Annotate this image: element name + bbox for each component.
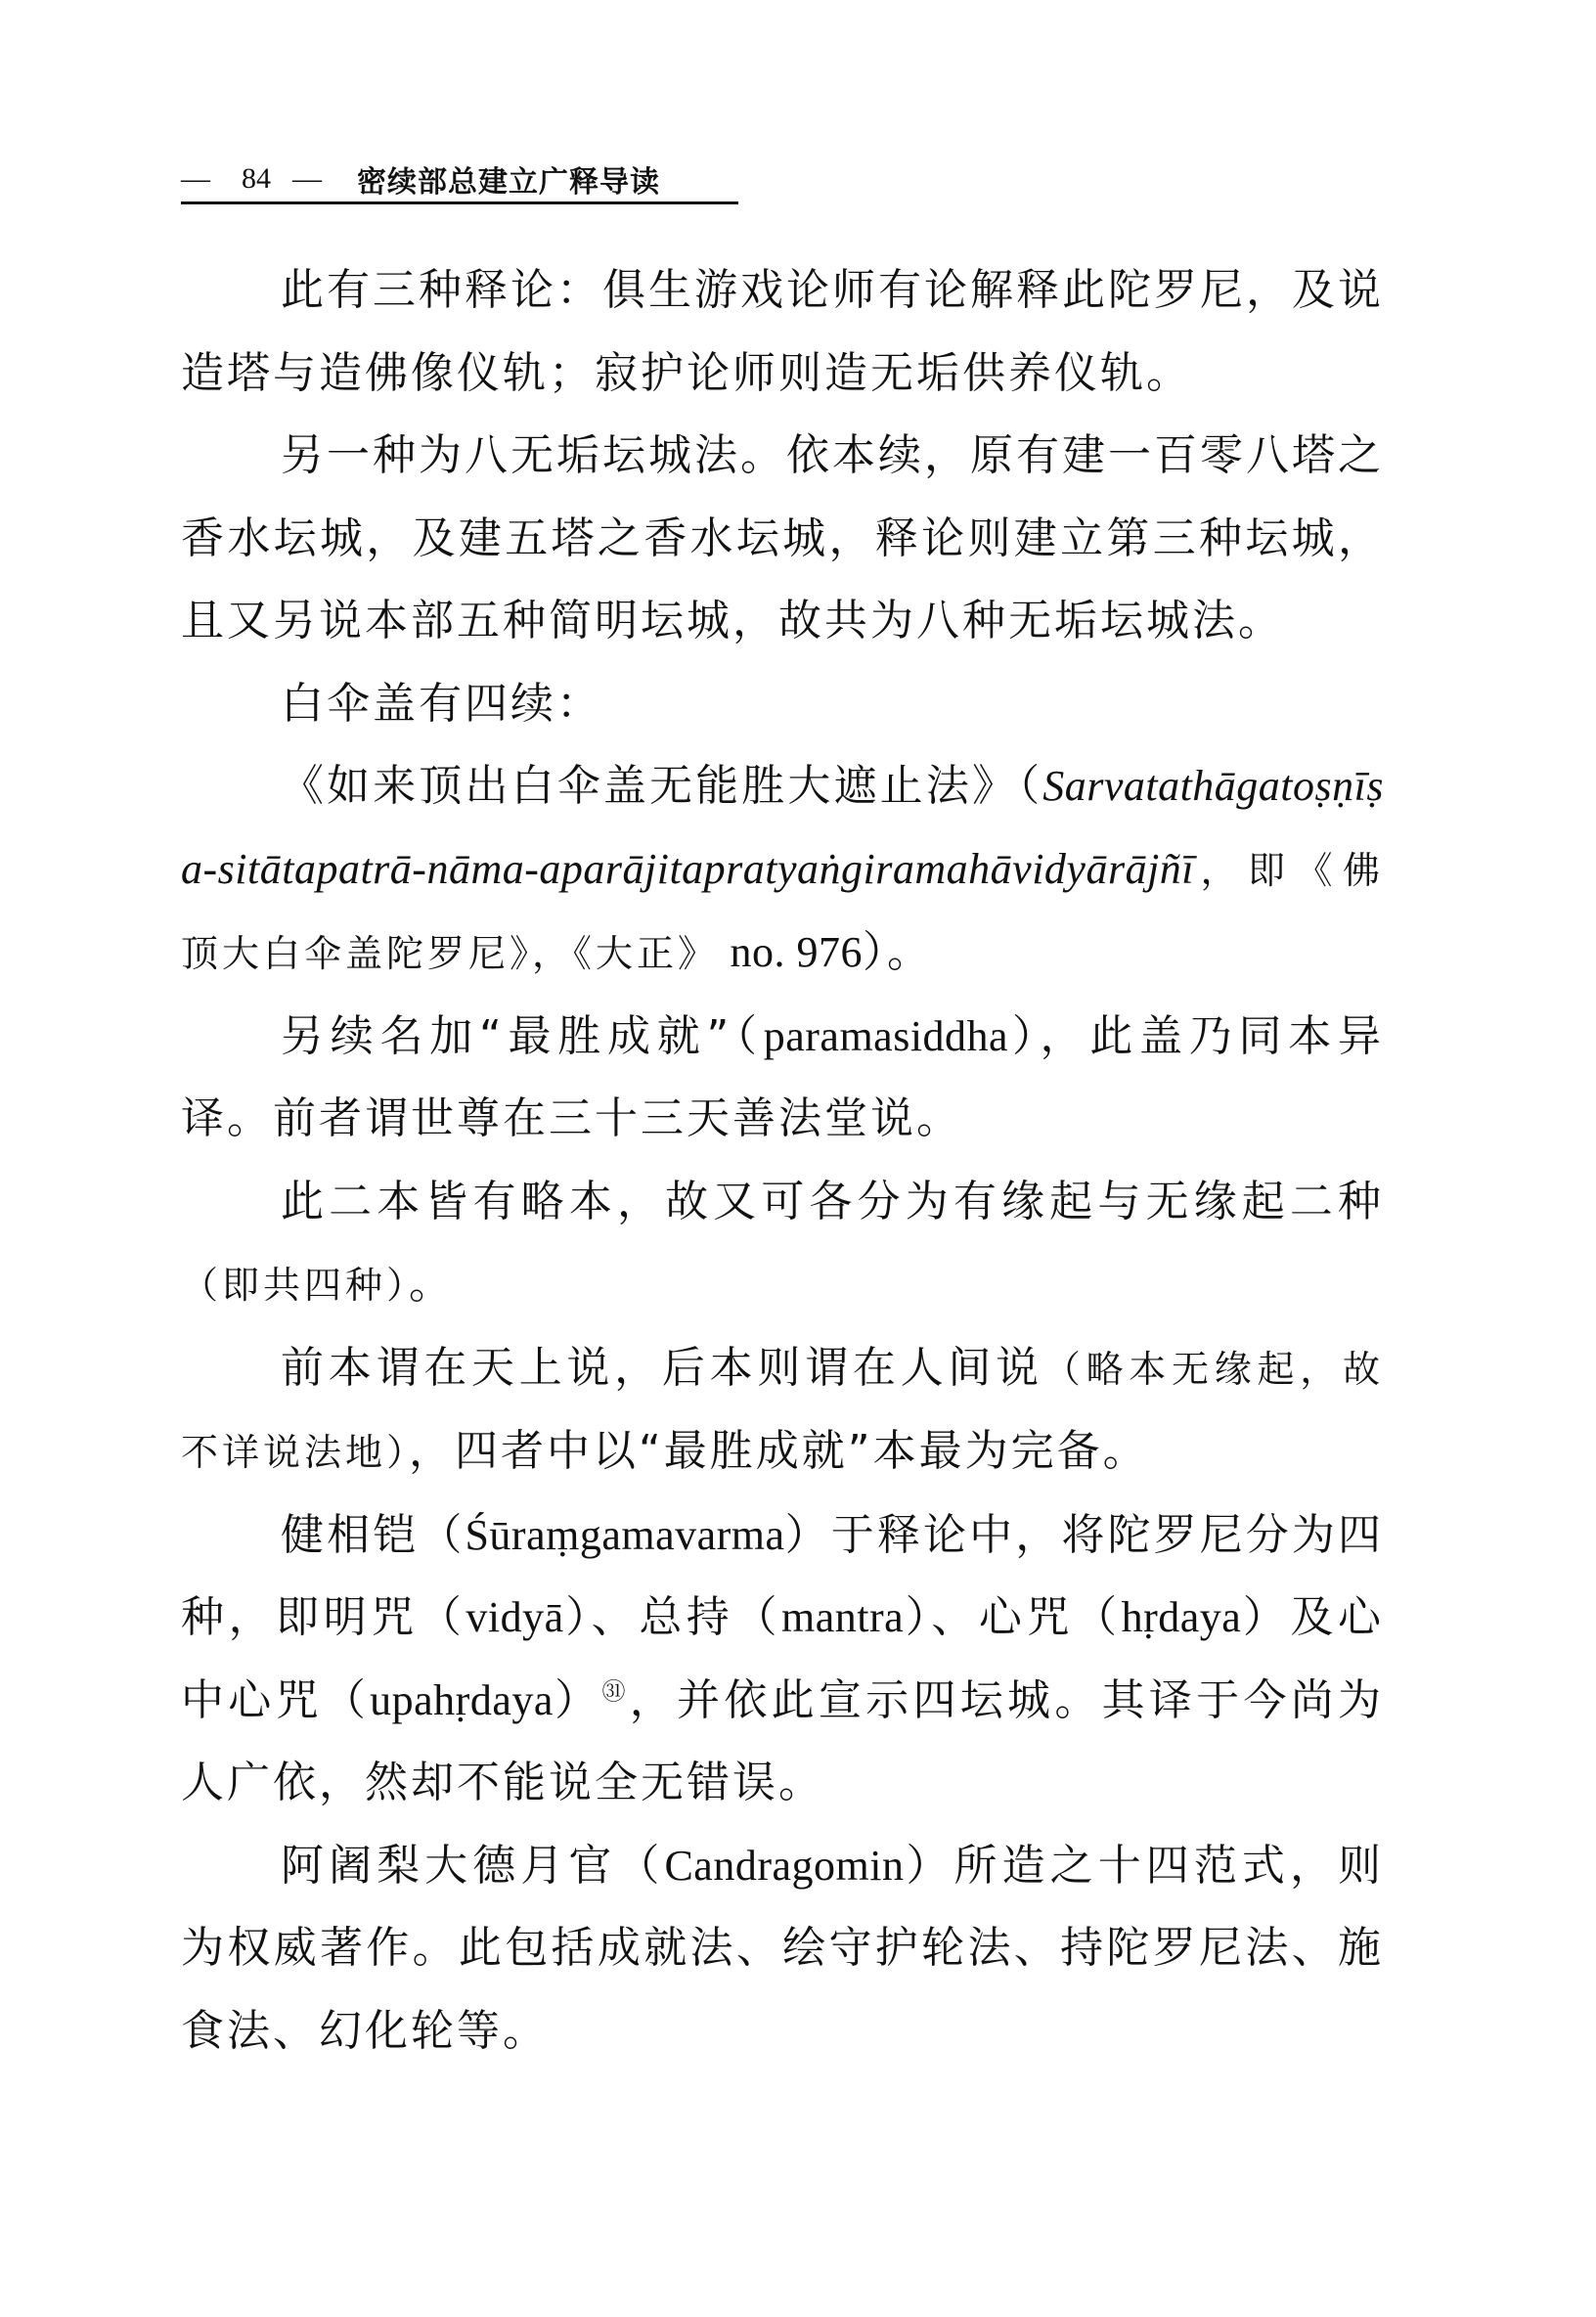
text-segment: 前本谓在天上说，后本则谓在人间说	[281, 1343, 1043, 1393]
paragraph-white-umbrella-heading: 白伞盖有四续：	[181, 663, 1384, 746]
text-segment: ）、总持（	[564, 1592, 781, 1642]
paragraph-paramasiddha: 另续名加“最胜成就”（paramasiddha），此盖乃同本异译。前者谓世尊在三…	[181, 996, 1384, 1161]
sanskrit-term: vidyā	[465, 1593, 563, 1641]
parenthetical-note: （即共四种）	[181, 1264, 409, 1307]
footnote-marker[interactable]: ㉛	[601, 1677, 629, 1705]
sanskrit-term: mantra	[781, 1593, 904, 1641]
page-number-dash-right: —	[292, 162, 322, 196]
paragraph-eight-mandalas: 另一种为八无垢坛城法。依本续，原有建一百零八塔之香水坛城，及建五塔之香水坛城，释…	[181, 415, 1384, 663]
text-segment: ）	[554, 1675, 602, 1725]
text-segment: 。	[409, 1259, 455, 1309]
sanskrit-term: hṛdaya	[1122, 1593, 1242, 1641]
page-number: 84	[242, 162, 271, 196]
sanskrit-term: Candragomin	[664, 1842, 904, 1890]
taisho-reference: no. 976	[719, 928, 863, 976]
paragraph-sutra-title: 《如来顶出白伞盖无能胜大遮止法》（Sarvatathāgatoṣṇīṣa-sit…	[181, 745, 1384, 996]
text-segment: 健相铠（	[281, 1510, 465, 1560]
text-segment: ，四者中以“最胜成就”本最为完备。	[409, 1426, 1149, 1476]
page-number-dash-left: —	[181, 162, 210, 196]
book-title: 密续部总建立广释导读	[357, 157, 660, 201]
close-paren: ）。	[863, 927, 933, 977]
body-text: 此有三种释论：俱生游戏论师有论解释此陀罗尼，及说造塔与造佛像仪轨；寂护论师则造无…	[181, 249, 1384, 2072]
paragraph-commentaries: 此有三种释论：俱生游戏论师有论解释此陀罗尼，及说造塔与造佛像仪轨；寂护论师则造无…	[181, 249, 1384, 415]
text-segment: 阿阇梨大德月官（	[281, 1841, 664, 1891]
sanskrit-term: paramasiddha	[764, 1012, 1008, 1060]
paragraph-candragomin: 阿阇梨大德月官（Candragomin）所造之十四范式，则为权威著作。此包括成就…	[181, 1825, 1384, 2073]
chinese-title: 《如来顶出白伞盖无能胜大遮止法》（	[281, 761, 1042, 811]
paragraph-heaven-earth: 前本谓在天上说，后本则谓在人间说（略本无缘起，故不详说法地），四者中以“最胜成就…	[181, 1327, 1384, 1494]
running-head: — 84 — 密续部总建立广释导读	[181, 156, 738, 204]
sanskrit-term: Śūraṃgamavarma	[465, 1511, 784, 1559]
text-segment: ）、心咒（	[904, 1592, 1121, 1642]
sanskrit-term: upahṛdaya	[370, 1676, 554, 1724]
paragraph-abridged-versions: 此二本皆有略本，故又可各分为有缘起与无缘起二种（即共四种）。	[181, 1161, 1384, 1327]
paragraph-suramgamavarma: 健相铠（Śūraṃgamavarma）于释论中，将陀罗尼分为四种，即明咒（vid…	[181, 1494, 1384, 1825]
book-page: — 84 — 密续部总建立广释导读 此有三种释论：俱生游戏论师有论解释此陀罗尼，…	[0, 0, 1596, 2317]
text-segment: 另续名加“最胜成就”（	[281, 1011, 764, 1061]
text-segment: 此二本皆有略本，故又可各分为有缘起与无缘起二种	[281, 1177, 1384, 1226]
